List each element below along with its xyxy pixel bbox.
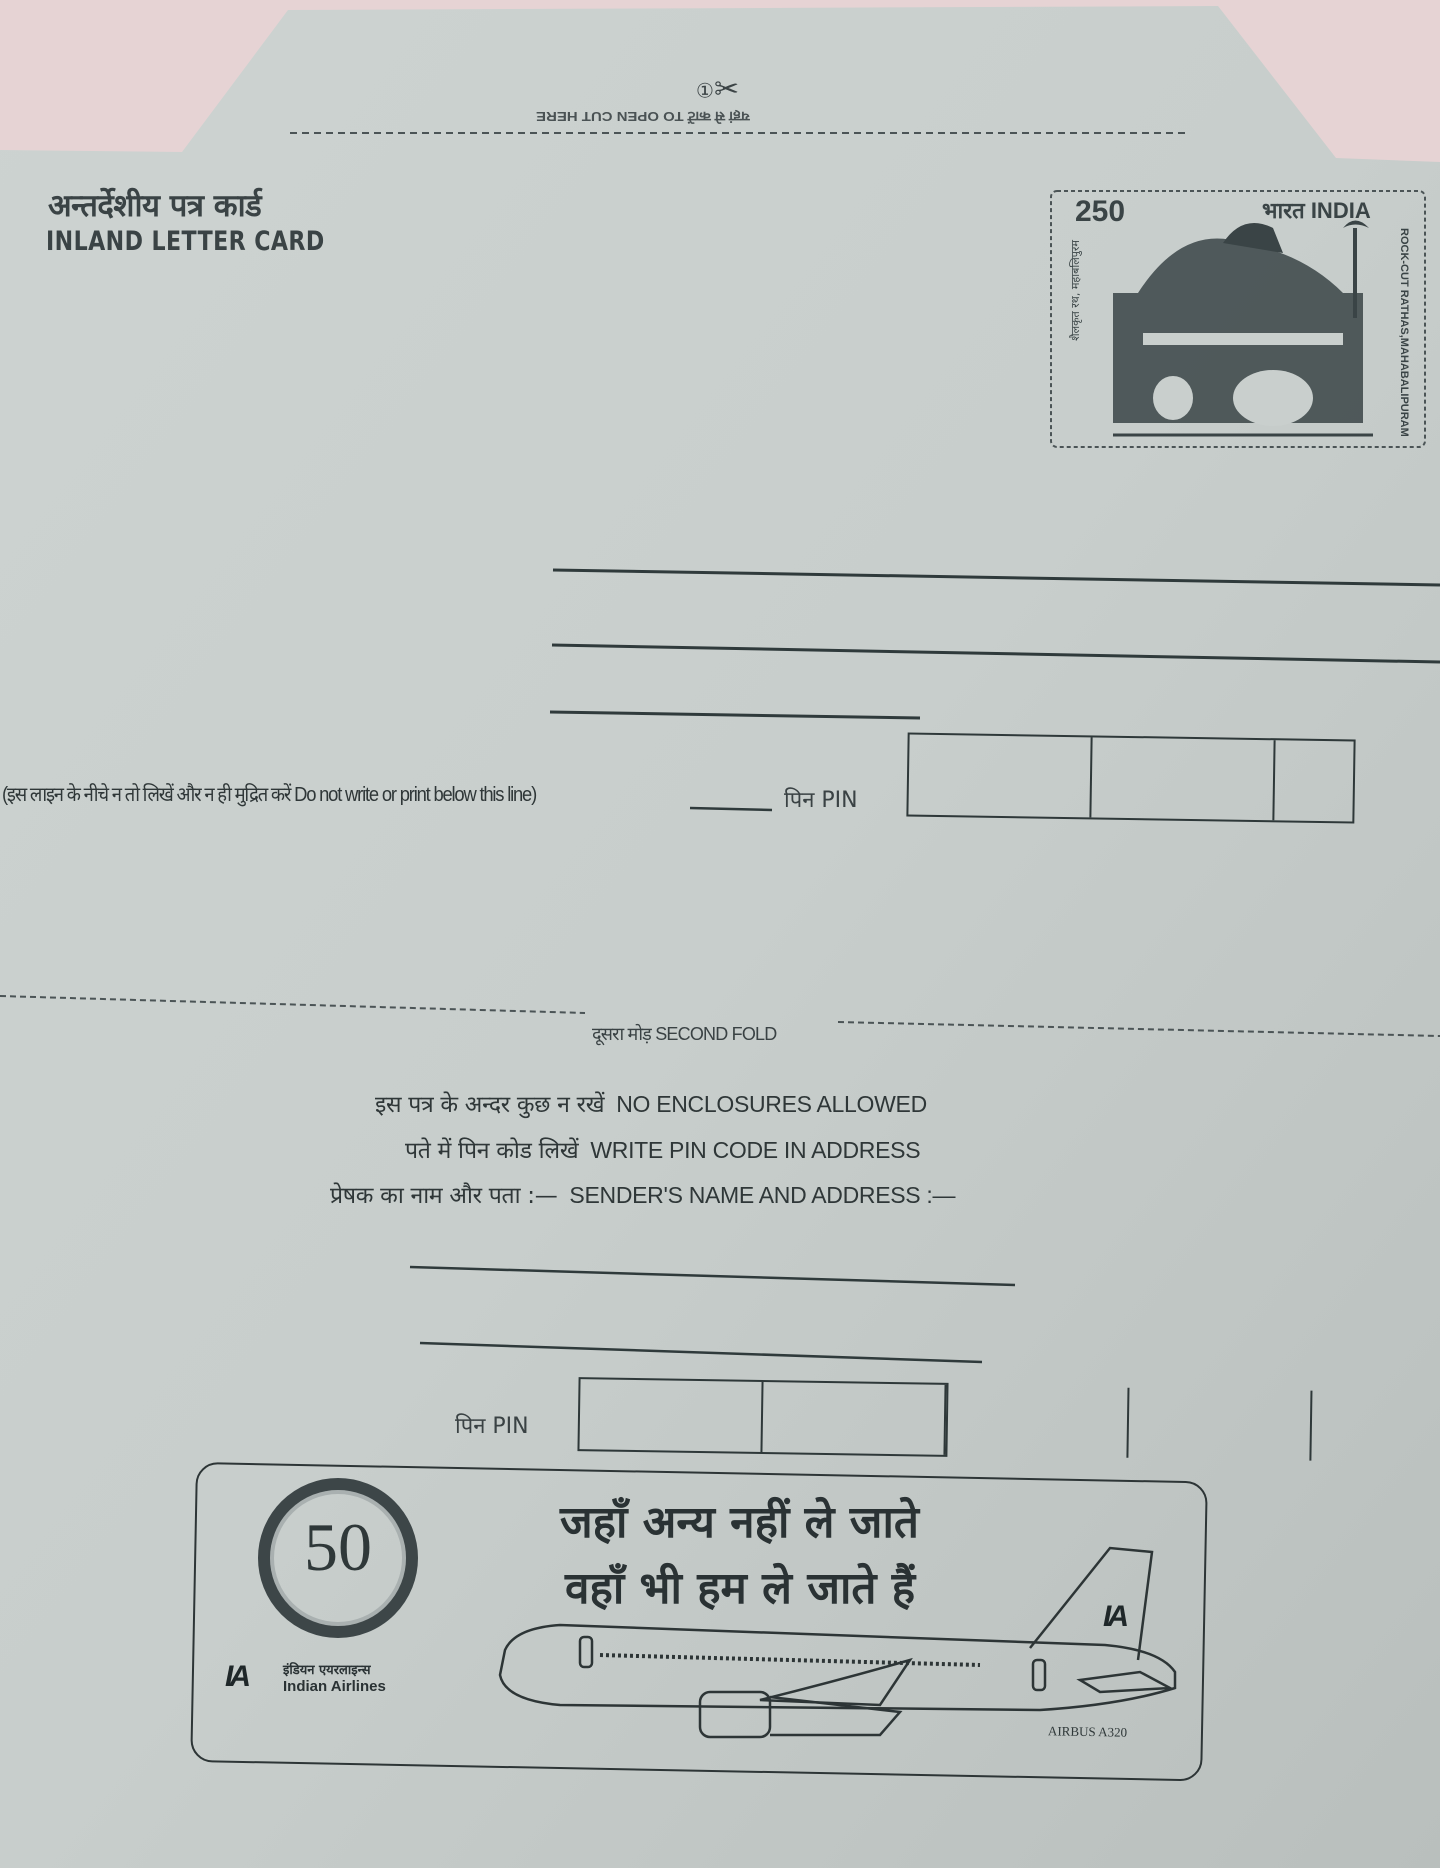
recipient-pin-digit-2[interactable] — [1091, 737, 1275, 820]
ad-tagline-line2: वहाँ भी हम ले जाते हैं — [565, 1556, 915, 1616]
sender-pin-digit-1[interactable] — [579, 1379, 763, 1452]
recipient-pin-label: पिन PIN — [784, 784, 858, 814]
sender-pin-boxes — [577, 1377, 948, 1457]
anniversary-number: 50 — [258, 1508, 418, 1587]
do-not-write-notice: (इस लाइन के नीचे न तो लिखें और न ही मुद्… — [2, 780, 536, 807]
sender-address-line-1[interactable] — [410, 1235, 1014, 1267]
indian-airlines-logo-icon: IA — [225, 1660, 247, 1694]
aircraft-model: AIRBUS A320 — [1048, 1723, 1127, 1740]
cut-instruction: यहां से काटें TO OPEN CUT HERE — [536, 108, 750, 126]
recipient-pin-digit-1[interactable] — [908, 735, 1092, 818]
second-fold-label: दूसरा मोड़ SECOND FOLD — [592, 1022, 776, 1046]
recipient-address-line-2[interactable] — [552, 610, 1436, 644]
card-title-hindi: अन्तर्देशीय पत्र कार्ड — [48, 184, 261, 226]
ad-tagline-line1: जहाँ अन्य नहीं ले जाते — [560, 1490, 919, 1550]
sender-pin-digit-4[interactable] — [1128, 1388, 1312, 1461]
sender-pin-digit-2[interactable] — [762, 1382, 946, 1455]
inland-letter-card: ①✂ यहां से काटें TO OPEN CUT HERE अन्तर्… — [0, 0, 1440, 1868]
brand-name-hindi: इंडियन एयरलाइन्स — [283, 1660, 371, 1678]
tail-logo-icon: IA — [1103, 1600, 1125, 1634]
stamp-value: 250 — [1075, 195, 1125, 229]
notice-write-pin: पते में पिन कोड लिखेंWRITE PIN CODE IN A… — [405, 1133, 920, 1165]
sender-address-line-2[interactable] — [420, 1312, 984, 1344]
notice-sender-name-address: प्रेषक का नाम और पता :—SENDER'S NAME AND… — [330, 1178, 955, 1210]
stamp-caption-hindi: शैलकृत रथ, महाबलिपुरम — [1068, 240, 1083, 341]
stamp-caption: ROCK-CUT RATHAS,MAHABALIPURAM — [1398, 228, 1410, 437]
sender-pin-label: पिन PIN — [455, 1410, 529, 1440]
sender-pin-digit-5[interactable] — [1311, 1391, 1440, 1464]
recipient-pin-boxes — [906, 732, 1355, 823]
scissors-icon: ①✂ — [696, 72, 739, 107]
recipient-address-line-3[interactable] — [550, 678, 924, 712]
brand-name-english: Indian Airlines — [283, 1678, 386, 1695]
card-title-english: INLAND LETTER CARD — [46, 226, 325, 257]
notice-no-enclosures: इस पत्र के अन्दर कुछ न रखेंNO ENCLOSURES… — [375, 1087, 927, 1119]
stamp-country: भारत INDIA — [1262, 195, 1371, 225]
recipient-pin-digit-3[interactable] — [1274, 740, 1440, 823]
recipient-address-line-1[interactable] — [553, 535, 1437, 569]
sender-pin-digit-3[interactable] — [945, 1385, 1129, 1458]
